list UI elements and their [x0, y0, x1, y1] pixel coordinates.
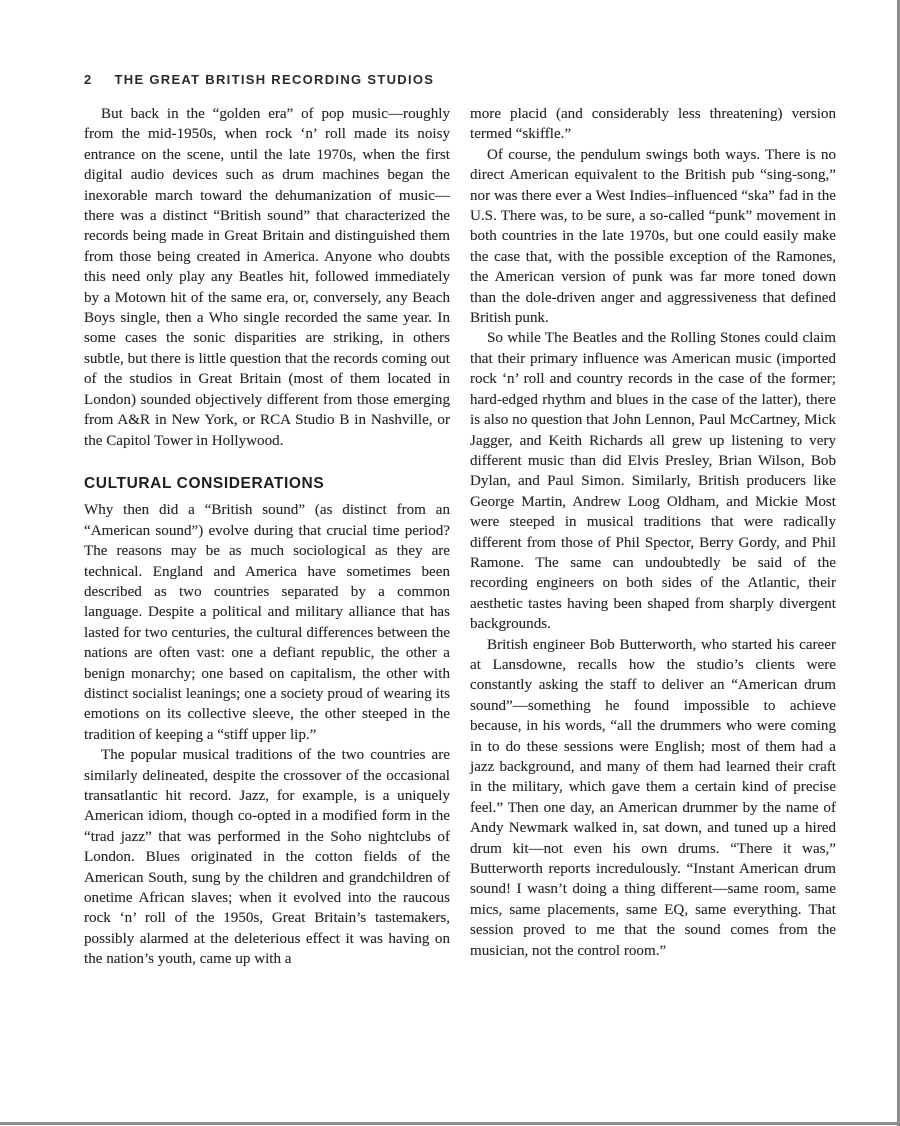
paragraph: more placid (and considerably less threa… — [470, 104, 836, 145]
column-right: more placid (and considerably less threa… — [470, 104, 836, 970]
text-columns: But back in the “golden era” of pop musi… — [84, 104, 836, 970]
column-left: But back in the “golden era” of pop musi… — [84, 104, 450, 970]
paragraph: The popular musical traditions of the tw… — [84, 745, 450, 969]
scan-edge-bottom — [0, 1122, 900, 1125]
running-title: THE GREAT BRITISH RECORDING STUDIOS — [115, 72, 435, 87]
paragraph: But back in the “golden era” of pop musi… — [84, 104, 450, 451]
paragraph: Of course, the pendulum swings both ways… — [470, 145, 836, 329]
section-heading: CULTURAL CONSIDERATIONS — [84, 474, 450, 494]
book-page: 2 THE GREAT BRITISH RECORDING STUDIOS Bu… — [0, 0, 900, 1126]
running-header: 2 THE GREAT BRITISH RECORDING STUDIOS — [84, 72, 434, 87]
page-number: 2 — [84, 72, 93, 87]
paragraph: British engineer Bob Butterworth, who st… — [470, 635, 836, 962]
paragraph: Why then did a “British sound” (as disti… — [84, 500, 450, 745]
paragraph: So while The Beatles and the Rolling Sto… — [470, 328, 836, 634]
